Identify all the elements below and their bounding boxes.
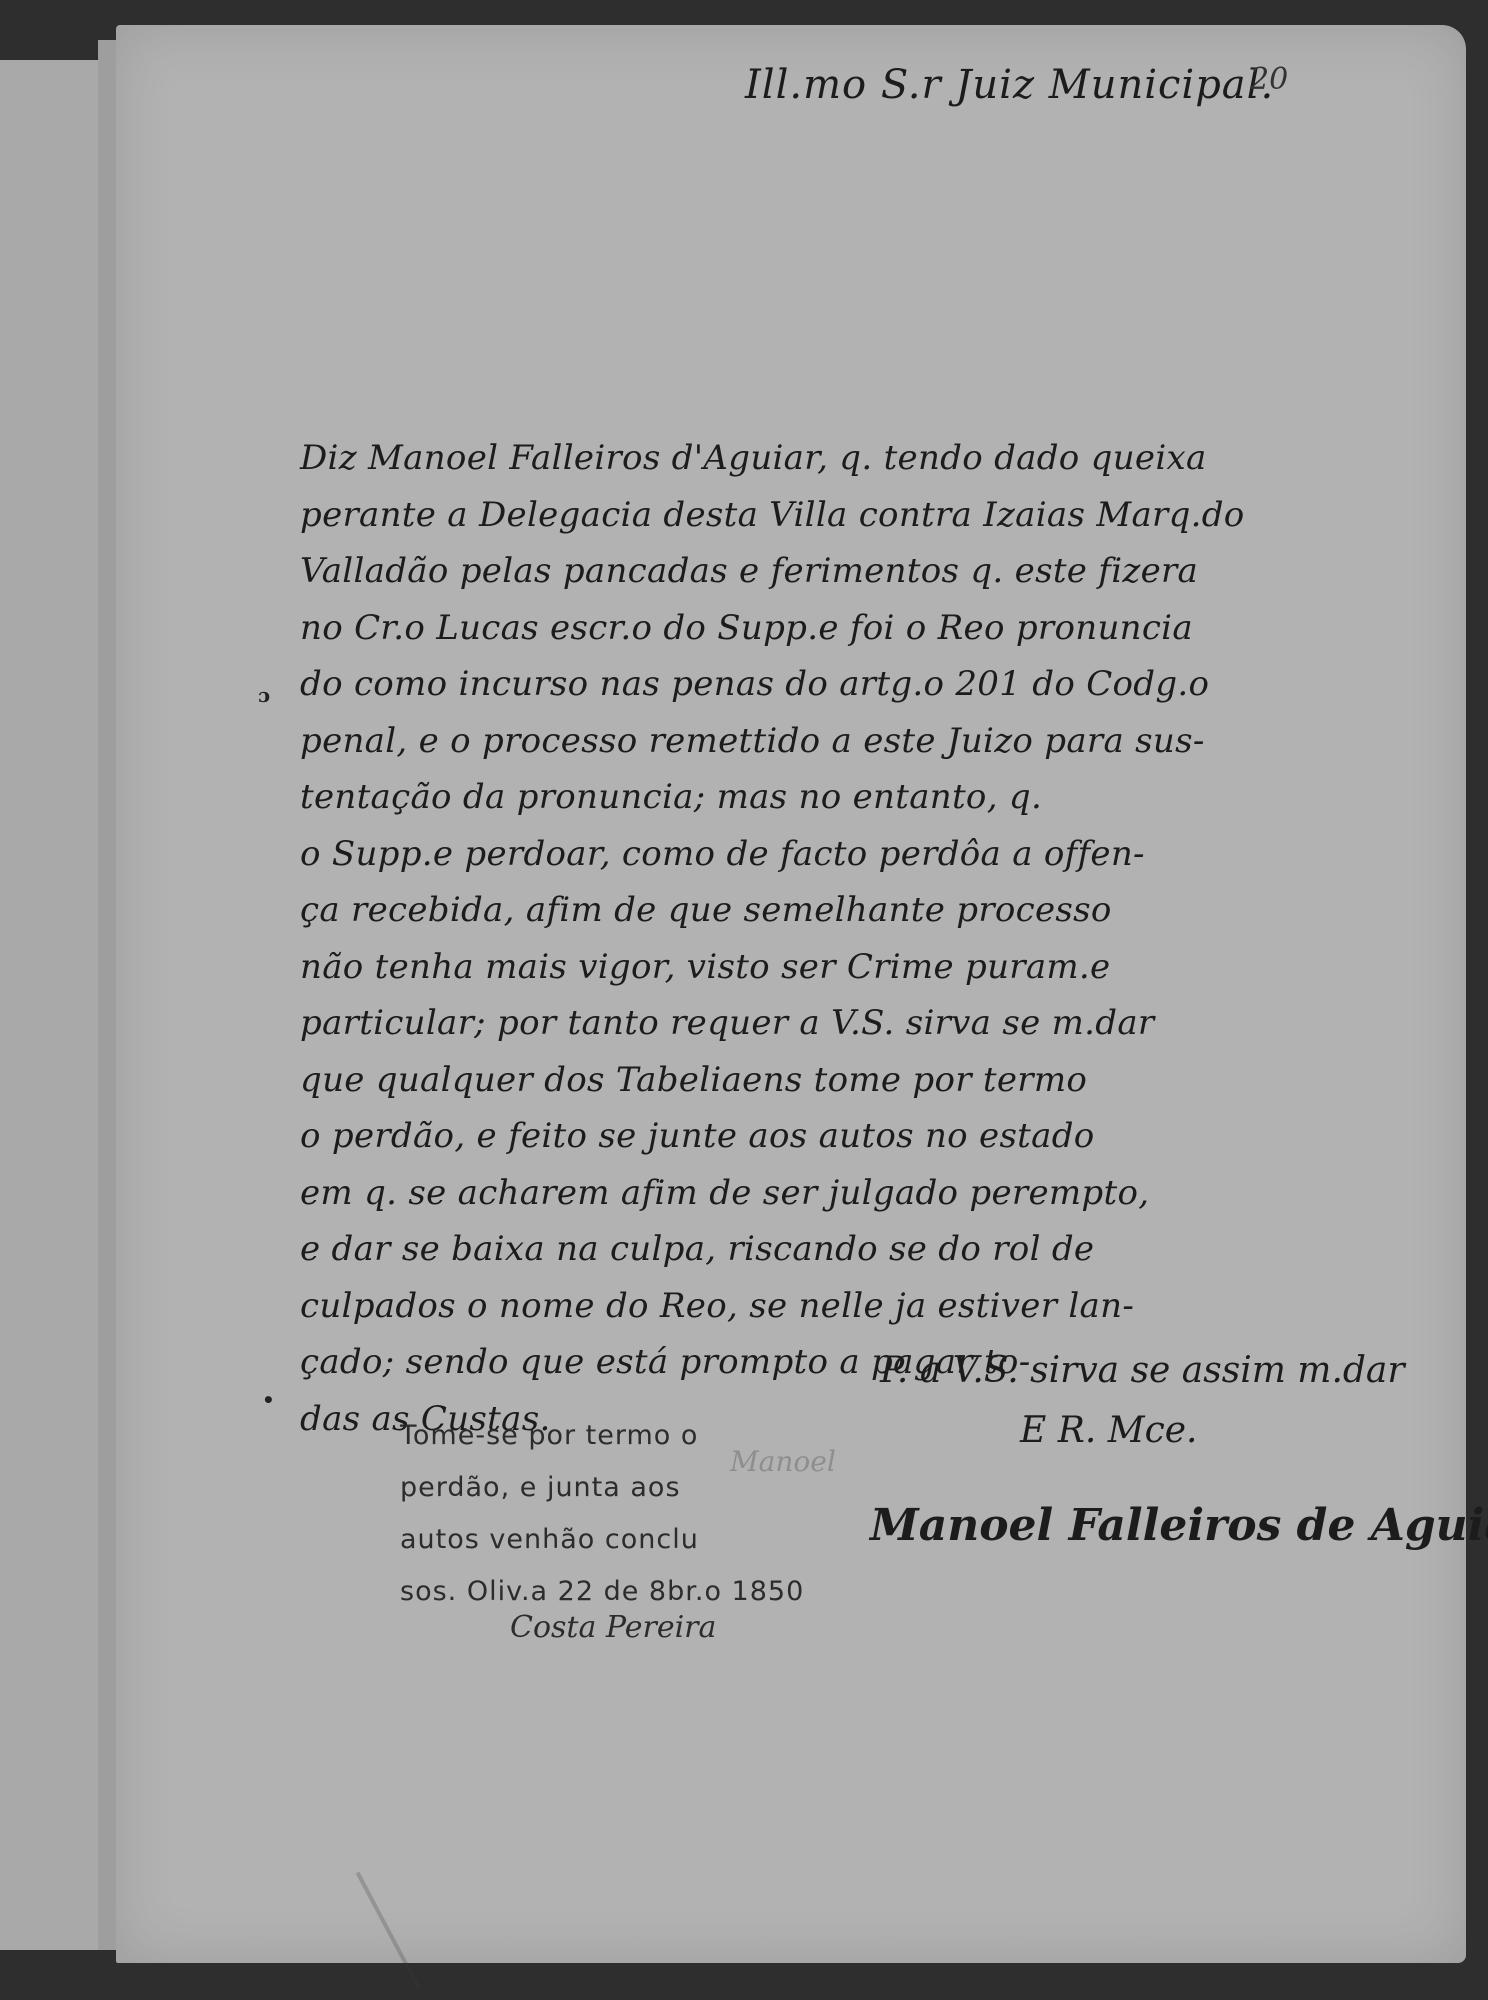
judge-signature: Costa Pereira [510, 1610, 716, 1645]
petition-line: em q. se acharem afim de ser julgado per… [300, 1165, 1340, 1222]
margin-mark: ɔ [258, 683, 270, 707]
petition-line: que qualquer dos Tabeliaens tome por ter… [300, 1052, 1340, 1109]
salutation-header: Ill.mo S.r Juiz Municipal. [745, 62, 1274, 108]
petition-line: no Cr.o Lucas escr.o do Supp.e foi o Reo… [300, 600, 1340, 657]
petition-line: perante a Delegacia desta Villa contra I… [300, 487, 1340, 544]
petition-line: tentação da pronuncia; mas no entanto, q… [300, 769, 1340, 826]
petitioner-signature: Manoel Falleiros de Aguiar [870, 1500, 1488, 1551]
adjacent-page-strip [0, 60, 100, 1950]
petition-line: Valladão pelas pancadas e ferimentos q. … [300, 543, 1340, 600]
folio-number: 20 [1250, 62, 1288, 97]
paper-crease [356, 1872, 421, 1989]
judge-despacho: Tome-se por termo o perdão, e junta aos … [400, 1410, 804, 1618]
adjacent-page-edge [98, 40, 116, 1950]
petition-line: penal, e o processo remettido a este Jui… [300, 713, 1340, 770]
petition-line: e dar se baixa na culpa, riscando se do … [300, 1221, 1340, 1278]
petition-line: Diz Manoel Falleiros d'Aguiar, q. tendo … [300, 430, 1340, 487]
petition-line: culpados o nome do Reo, se nelle ja esti… [300, 1278, 1340, 1335]
petition-line: ça recebida, afim de que semelhante proc… [300, 882, 1340, 939]
despacho-line: perdão, e junta aos [400, 1462, 804, 1514]
petition-closing-abbrev: E R. Mce. [1020, 1410, 1198, 1451]
petition-line: o perdão, e feito se junte aos autos no … [300, 1108, 1340, 1165]
despacho-line: autos venhão conclu [400, 1514, 804, 1566]
petition-body: Diz Manoel Falleiros d'Aguiar, q. tendo … [300, 430, 1340, 1447]
despacho-line: Tome-se por termo o [400, 1410, 804, 1462]
petition-line: o Supp.e perdoar, como de facto perdôa a… [300, 826, 1340, 883]
petition-line: particular; por tanto requer a V.S. sirv… [300, 995, 1340, 1052]
petition-line: do como incurso nas penas do artg.o 201 … [300, 656, 1340, 713]
margin-mark: • [262, 1388, 275, 1412]
petition-line: não tenha mais vigor, visto ser Crime pu… [300, 939, 1340, 996]
petition-closing: P. a V.S. sirva se assim m.dar [880, 1350, 1405, 1391]
